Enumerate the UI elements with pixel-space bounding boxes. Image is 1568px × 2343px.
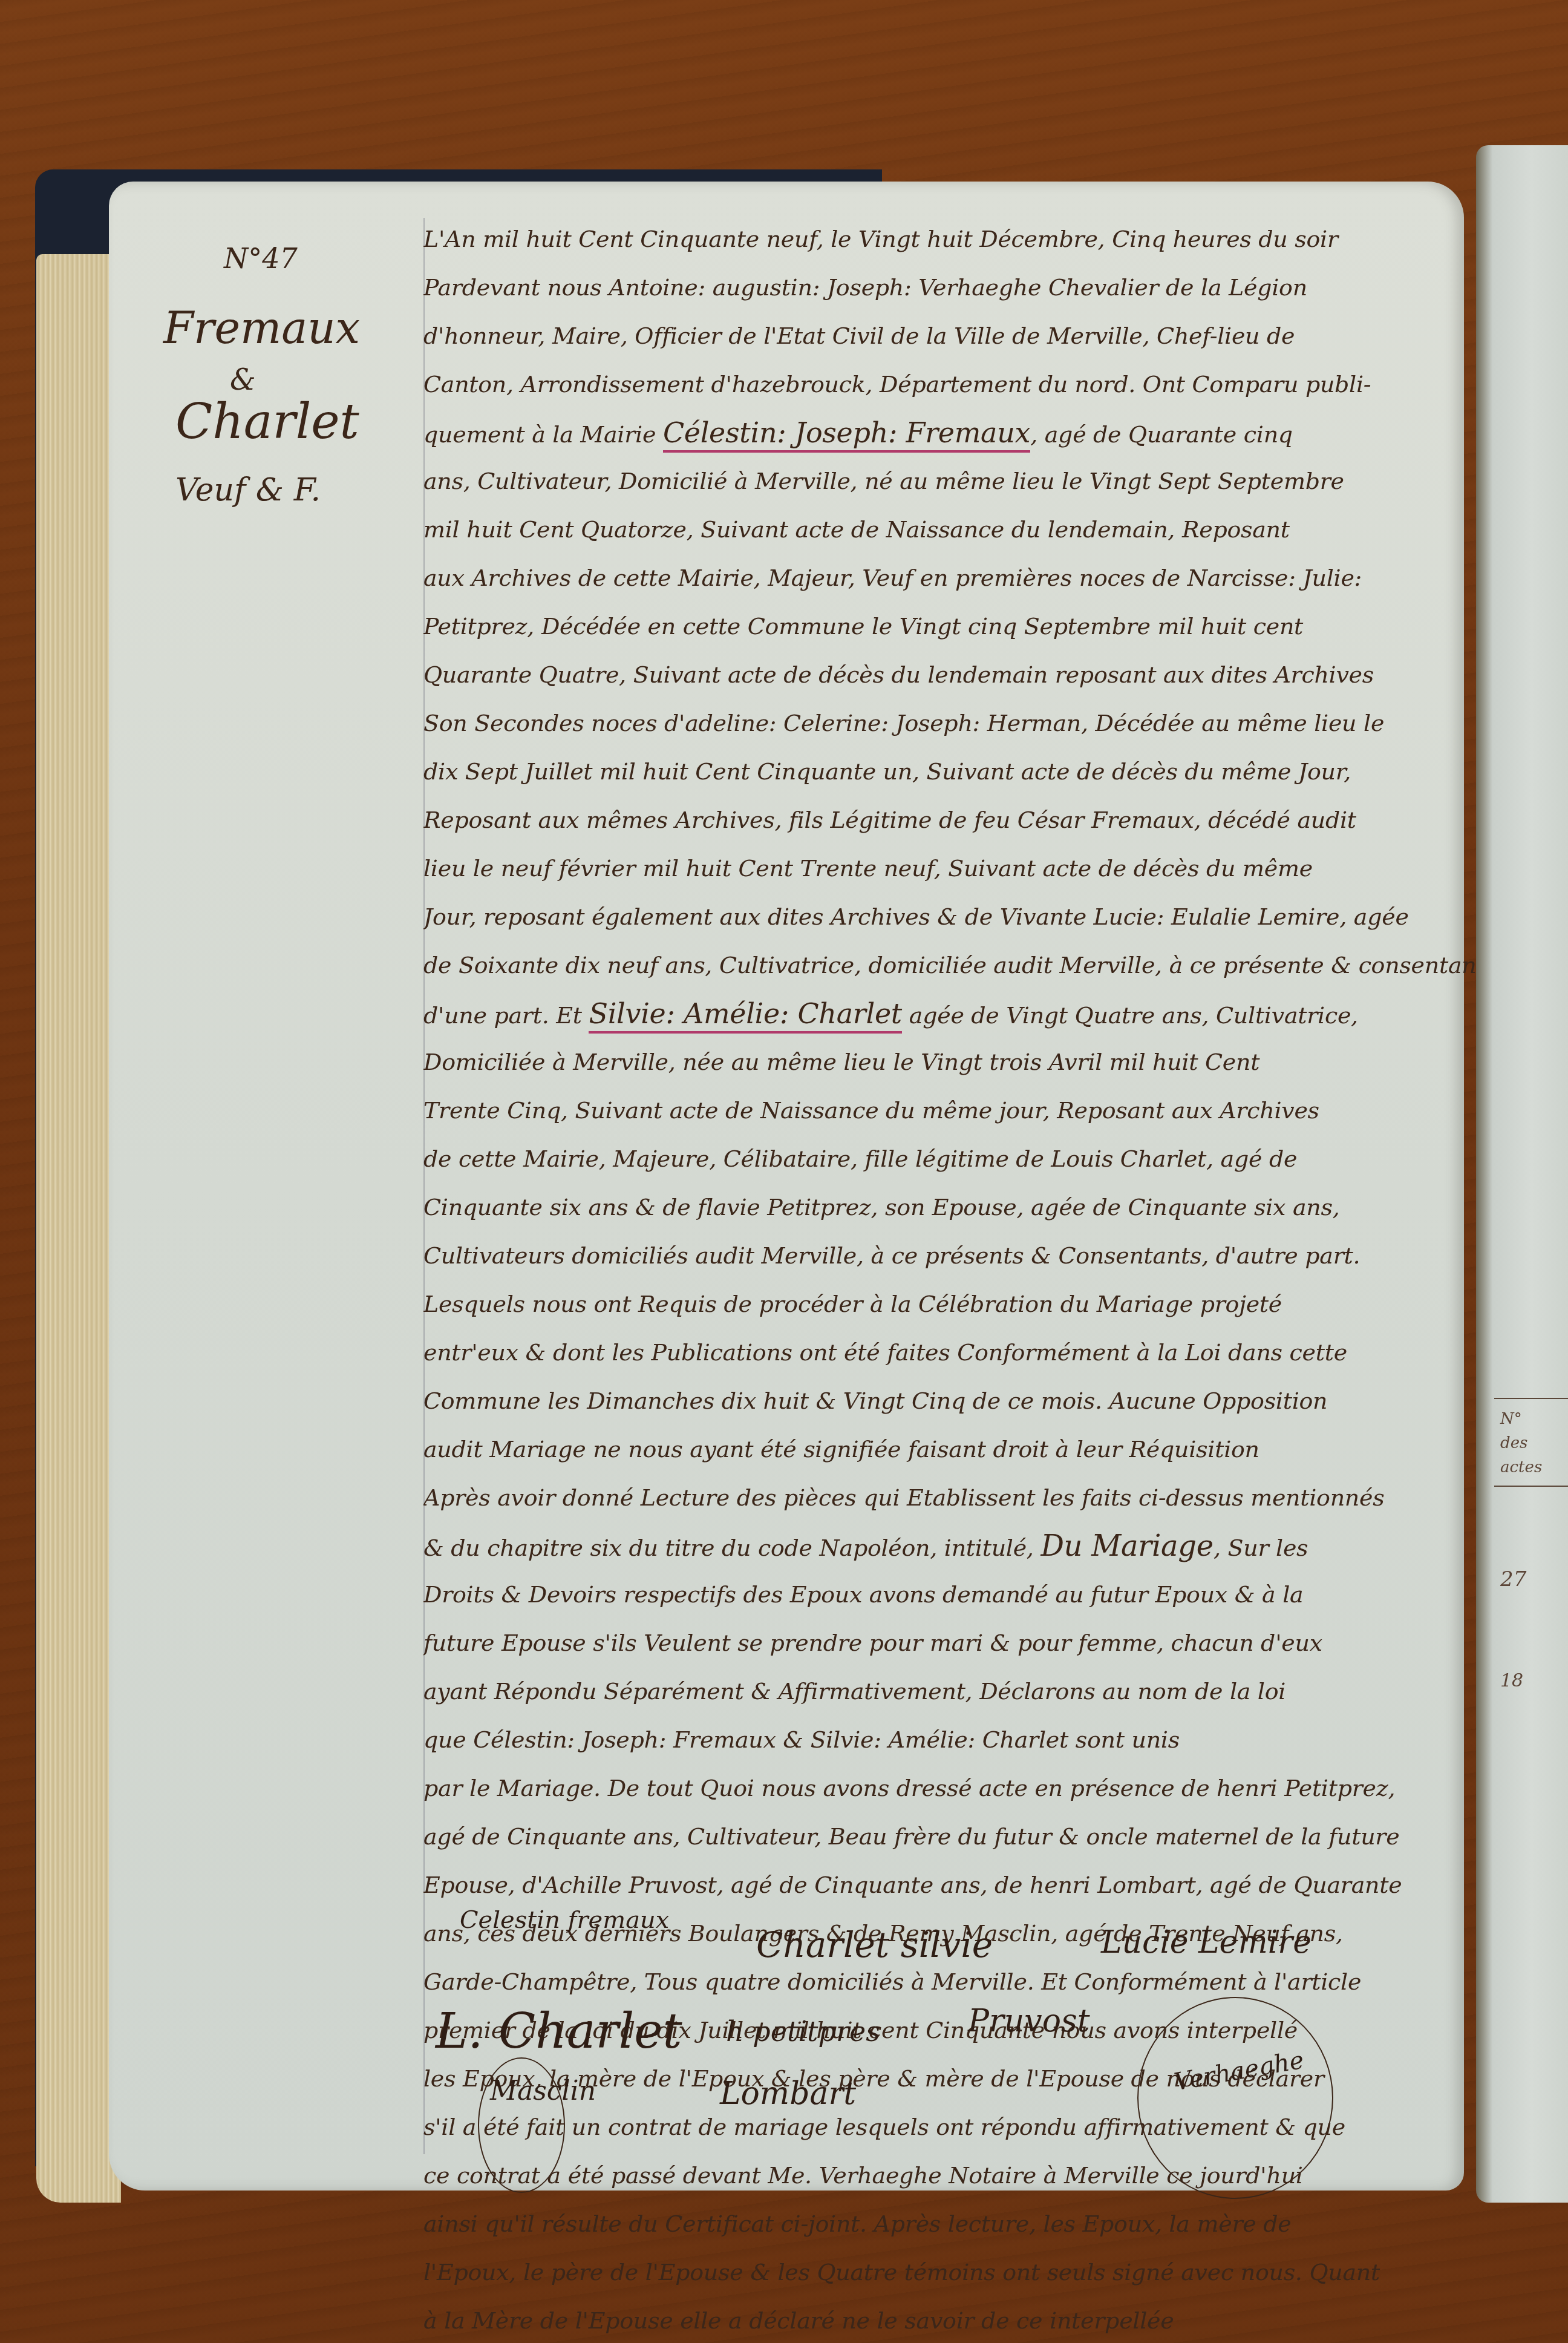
text-line: à la Mère de l'Epouse elle a déclaré ne … <box>423 2296 1476 2343</box>
du-mariage-title: Du Mariage <box>1040 1529 1213 1563</box>
facing-page-header: actes <box>1500 1458 1542 1476</box>
margin-ampersand: & <box>230 363 256 397</box>
text-fragment: quement à la Mairie <box>423 421 656 448</box>
text-line: Lesquels nous ont Requis de procéder à l… <box>423 1280 1476 1328</box>
text-line-declaration: que Célestin: Joseph: Fremaux & Silvie: … <box>423 1715 1476 1764</box>
text-line: Cinquante six ans & de flavie Petitprez,… <box>423 1183 1476 1231</box>
text-line: par le Mariage. De tout Quoi nous avons … <box>423 1764 1476 1812</box>
text-line: Cultivateurs domiciliés audit Merville, … <box>423 1231 1476 1280</box>
signature-groom-mother: Lucie Lemire <box>1101 1924 1312 1961</box>
text-line: Epouse, d'Achille Pruvost, agé de Cinqua… <box>423 1861 1476 1909</box>
text-line: Commune les Dimanches dix huit & Vingt C… <box>423 1377 1476 1425</box>
text-line: ce contrat a été passé devant Me. Verhae… <box>423 2151 1476 2200</box>
text-fragment: & du chapitre six du titre du code Napol… <box>423 1535 1034 1561</box>
mayor-signature-flourish <box>1137 1997 1333 2199</box>
text-line: Trente Cinq, Suivant acte de Naissance d… <box>423 1086 1476 1135</box>
text-line: ainsi qu'il résulte du Certificat ci-joi… <box>423 2200 1476 2248</box>
text-line: aux Archives de cette Mairie, Majeur, Ve… <box>423 554 1476 602</box>
text-line: lieu le neuf février mil huit Cent Trent… <box>423 844 1476 893</box>
act-number: N°47 <box>224 242 298 275</box>
text-line: L'An mil huit Cent Cinquante neuf, le Vi… <box>423 215 1476 263</box>
text-fragment: que <box>423 1726 466 1753</box>
page-edges <box>36 254 121 2203</box>
facing-page-number: 18 <box>1500 1670 1523 1691</box>
bride-name-underlined: Silvie: Amélie: Charlet <box>589 997 902 1034</box>
text-line: entr'eux & dont les Publications ont été… <box>423 1328 1476 1377</box>
facing-page-header: N° <box>1500 1410 1522 1428</box>
text-line: de Soixante dix neuf ans, Cultivatrice, … <box>423 941 1476 989</box>
text-line: d'honneur, Maire, Officier de l'Etat Civ… <box>423 312 1476 360</box>
text-line: Après avoir donné Lecture des pièces qui… <box>423 1473 1476 1522</box>
text-line: Canton, Arrondissement d'hazebrouck, Dép… <box>423 360 1476 408</box>
text-line: agé de Cinquante ans, Cultivateur, Beau … <box>423 1812 1476 1861</box>
text-fragment: , Sur les <box>1214 1535 1308 1561</box>
text-line: de cette Mairie, Majeure, Célibataire, f… <box>423 1135 1476 1183</box>
text-line: audit Mariage ne nous ayant été signifié… <box>423 1425 1476 1473</box>
text-line: Droits & Devoirs respectifs des Epoux av… <box>423 1570 1476 1619</box>
signature-bride-father: L. Charlet <box>436 2003 682 2059</box>
text-fragment: d'une part. Et <box>423 1002 582 1029</box>
margin-marital-status: Veuf & F. <box>175 472 321 508</box>
text-line: Petitprez, Décédée en cette Commune le V… <box>423 602 1476 650</box>
margin-bride-surname: Charlet <box>175 393 359 450</box>
text-line: ans, Cultivateur, Domicilié à Merville, … <box>423 457 1476 505</box>
facing-page: N° des actes 27 18 <box>1476 145 1568 2203</box>
text-line: dix Sept Juillet mil huit Cent Cinquante… <box>423 747 1476 796</box>
text-line: mil huit Cent Quatorze, Suivant acte de … <box>423 505 1476 554</box>
groom-name-underlined: Célestin: Joseph: Fremaux <box>663 416 1030 453</box>
signature-groom: Celestin fremaux <box>460 1906 669 1934</box>
text-line: Quarante Quatre, Suivant acte de décès d… <box>423 650 1476 699</box>
margin-groom-surname: Fremaux <box>163 303 360 353</box>
text-line-groom: quement à la Mairie Célestin: Joseph: Fr… <box>423 408 1476 457</box>
text-line: Reposant aux mêmes Archives, fils Légiti… <box>423 796 1476 844</box>
signature-witness-lombart: Lombart <box>720 2076 856 2112</box>
signature-witness-petitprez: h petitpres <box>726 2015 880 2048</box>
facing-page-header: des <box>1500 1434 1527 1452</box>
declaration-names: Célestin: Joseph: Fremaux & Silvie: Amél… <box>466 1726 1179 1753</box>
facing-page-rule <box>1494 1486 1568 1487</box>
groom-age: , agé de Quarante cinq <box>1030 421 1293 448</box>
signature-witness-masclin: Masclin <box>490 2076 596 2106</box>
facing-page-number: 27 <box>1500 1567 1526 1591</box>
text-line-code: & du chapitre six du titre du code Napol… <box>423 1522 1476 1570</box>
text-line: Pardevant nous Antoine: augustin: Joseph… <box>423 263 1476 312</box>
bride-age: agée de Vingt Quatre ans, Cultivatrice, <box>902 1002 1358 1029</box>
text-line: future Epouse s'ils Veulent se prendre p… <box>423 1619 1476 1667</box>
signature-bride: Charlet silvie <box>756 1924 993 1965</box>
text-line: l'Epoux, le père de l'Epouse & les Quatr… <box>423 2248 1476 2296</box>
text-line: Son Secondes noces d'adeline: Celerine: … <box>423 699 1476 747</box>
text-line: Jour, reposant également aux dites Archi… <box>423 893 1476 941</box>
facing-page-rule <box>1494 1398 1568 1399</box>
text-line: ayant Répondu Séparément & Affirmativeme… <box>423 1667 1476 1715</box>
text-line-bride: d'une part. Et Silvie: Amélie: Charlet a… <box>423 989 1476 1038</box>
signature-witness-pruvost: Pruvost <box>968 2003 1090 2039</box>
text-line: Domiciliée à Merville, née au même lieu … <box>423 1038 1476 1086</box>
